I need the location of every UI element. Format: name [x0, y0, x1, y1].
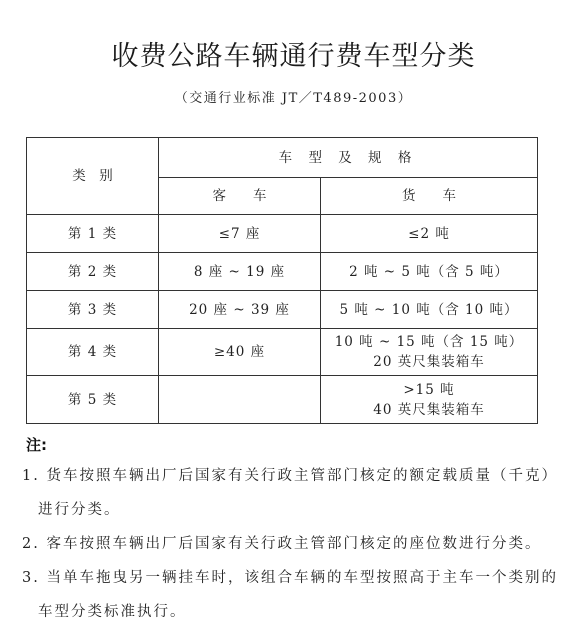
- table-row: 第 3 类 20 座 ~ 39 座 5 吨 ~ 10 吨（含 10 吨）: [27, 291, 538, 329]
- header-category: 类 别: [27, 138, 159, 215]
- row-category: 第 1 类: [27, 215, 159, 253]
- note-3-line-1: 3. 当单车拖曳另一辆挂车时，该组合车辆的车型按照高于主车一个类别的: [22, 568, 558, 588]
- row-passenger: ≤7 座: [159, 215, 321, 253]
- row-category: 第 2 类: [27, 253, 159, 291]
- note-3-line-2: 车型分类标准执行。: [38, 602, 187, 622]
- table-row: 第 4 类 ≥40 座 10 吨 ~ 15 吨（含 15 吨） 20 英尺集装箱…: [27, 329, 538, 376]
- row-passenger: 20 座 ~ 39 座: [159, 291, 321, 329]
- table-row: 第 2 类 8 座 ~ 19 座 2 吨 ~ 5 吨（含 5 吨）: [27, 253, 538, 291]
- table-row: 第 1 类 ≤7 座 ≤2 吨: [27, 215, 538, 253]
- document-subtitle: （交通行业标准 JT／T489-2003）: [0, 87, 587, 106]
- document-title: 收费公路车辆通行费车型分类: [0, 34, 587, 73]
- header-passenger: 客 车: [159, 178, 321, 215]
- vehicle-classification-table: 类 别 车 型 及 规 格 客 车 货 车 第 1 类 ≤7 座 ≤2 吨 第 …: [26, 137, 538, 424]
- row-passenger: ≥40 座: [159, 329, 321, 376]
- row-category: 第 4 类: [27, 329, 159, 376]
- row-truck: ≤2 吨: [321, 215, 538, 253]
- row-category: 第 5 类: [27, 376, 159, 424]
- row-truck: 10 吨 ~ 15 吨（含 15 吨） 20 英尺集装箱车: [321, 329, 538, 376]
- note-2-line-1: 2. 客车按照车辆出厂后国家有关行政主管部门核定的座位数进行分类。: [22, 534, 541, 554]
- row-category: 第 3 类: [27, 291, 159, 329]
- row-truck: 2 吨 ~ 5 吨（含 5 吨）: [321, 253, 538, 291]
- header-truck: 货 车: [321, 178, 538, 215]
- row-passenger: 8 座 ~ 19 座: [159, 253, 321, 291]
- note-1-line-1: 1. 货车按照车辆出厂后国家有关行政主管部门核定的额定载质量（千克）: [22, 466, 558, 486]
- row-truck: >15 吨 40 英尺集装箱车: [321, 376, 538, 424]
- notes-heading: 注:: [26, 434, 47, 455]
- row-truck: 5 吨 ~ 10 吨（含 10 吨）: [321, 291, 538, 329]
- table-row: 第 5 类 >15 吨 40 英尺集装箱车: [27, 376, 538, 424]
- row-passenger: [159, 376, 321, 424]
- note-1-line-2: 进行分类。: [38, 500, 121, 520]
- header-group: 车 型 及 规 格: [159, 138, 538, 178]
